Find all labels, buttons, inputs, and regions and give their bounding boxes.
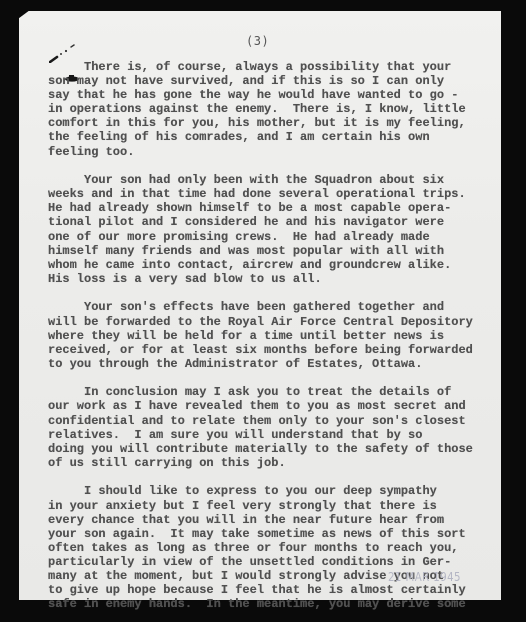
text-line: every chance that you will in the near f… [48,513,488,527]
date-stamp: 21 MAR 1945 [388,570,461,584]
text-line: where they will be held for a time until… [48,329,488,343]
text-line: himself many friends and was most popula… [48,244,488,258]
text-line: I should like to express to you our deep… [48,484,488,498]
text-line: comfort in this for you, his mother, but… [48,116,488,130]
text-line: feeling too. [48,145,488,159]
text-line: one of our more promising crews. He had … [48,230,488,244]
paragraph: In conclusion may I ask you to treat the… [48,385,488,470]
text-line: In conclusion may I ask you to treat the… [48,385,488,399]
text-line: His loss is a very sad blow to us all. [48,272,488,286]
text-line: Your son's effects have been gathered to… [48,300,488,314]
text-line: tional pilot and I considered he and his… [48,215,488,229]
paragraph: I should like to express to you our deep… [48,484,488,611]
text-line: relatives. I am sure you will understand… [48,428,488,442]
text-line: safe in enemy hands. In the meantime, yo… [48,597,488,611]
paragraph: There is, of course, always a possibilit… [48,60,488,159]
text-line: to you through the Administrator of Esta… [48,357,488,371]
text-line: He had already shown himself to be a mos… [48,201,488,215]
text-line: There is, of course, always a possibilit… [48,60,488,74]
text-line: to give up hope because I feel that he i… [48,583,488,597]
text-line: Your son had only been with the Squadron… [48,173,488,187]
text-line: our work as I have revealed them to you … [48,399,488,413]
text-line: of us still carrying on this job. [48,456,488,470]
text-line: often takes as long as three or four mon… [48,541,488,555]
text-line: in your anxiety but I feel very strongly… [48,499,488,513]
text-line: particularly in view of the unsettled co… [48,555,488,569]
page-number: (3) [246,34,269,48]
text-line: your son again. It may take sometime as … [48,527,488,541]
text-line: confidential and to relate them only to … [48,414,488,428]
paragraph: Your son had only been with the Squadron… [48,173,488,286]
text-line: in operations against the enemy. There i… [48,102,488,116]
text-line: received, or for at least six months bef… [48,343,488,357]
text-line: will be forwarded to the Royal Air Force… [48,315,488,329]
text-line: whom he came into contact, aircrew and g… [48,258,488,272]
text-line: weeks and in that time had done several … [48,187,488,201]
text-line: say that he has gone the way he would ha… [48,88,488,102]
letter-body: There is, of course, always a possibilit… [48,60,488,622]
text-line: the feeling of his comrades, and I am ce… [48,130,488,144]
paragraph: Your son's effects have been gathered to… [48,300,488,370]
text-line: son may not have survived, and if this i… [48,74,488,88]
text-line: doing you will contribute materially to … [48,442,488,456]
